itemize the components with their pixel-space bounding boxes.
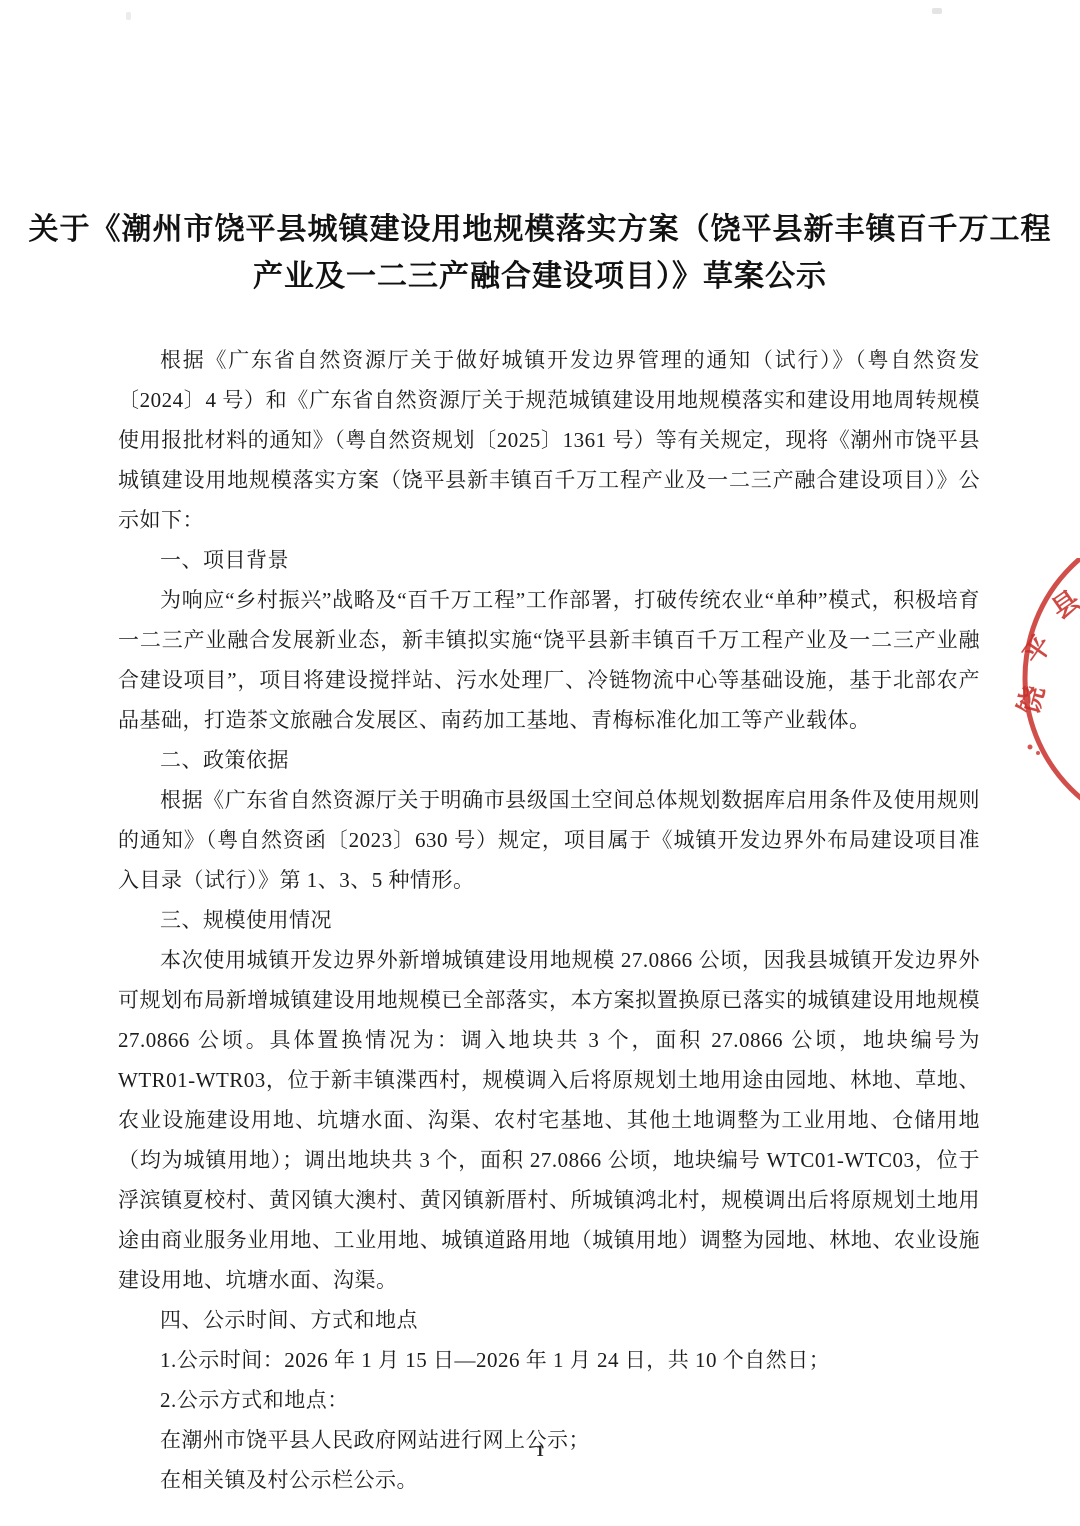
section-3-paragraph: 本次使用城镇开发边界外新增城镇建设用地规模 27.0866 公顷，因我县城镇开发… — [118, 940, 980, 1300]
seal-star-fragment — [1028, 745, 1033, 750]
scan-artifact — [932, 8, 942, 14]
section-heading-1: 一、项目背景 — [118, 540, 980, 580]
section-heading-4: 四、公示时间、方式和地点 — [118, 1300, 980, 1340]
document-title-line-2: 产业及一二三产融合建设项目）》草案公示 — [253, 260, 827, 293]
section-1-paragraph: 为响应“乡村振兴”战略及“百千万工程”工作部署，打破传统农业“单种”模式，积极培… — [118, 580, 980, 740]
section-heading-3: 三、规模使用情况 — [118, 900, 980, 940]
notice-period-line: 1.公示时间：2026 年 1 月 15 日—2026 年 1 月 24 日，共… — [118, 1340, 980, 1380]
document-title: 关于《潮州市饶平县城镇建设用地规模落实方案（饶平县新丰镇百千万工程 产业及一二三… — [0, 0, 1080, 300]
document-body: 根据《广东省自然资源厅关于做好城镇开发边界管理的通知（试行）》（粤自然资发〔20… — [118, 340, 980, 1500]
seal-char: 饶 — [1013, 682, 1050, 717]
section-2-paragraph: 根据《广东省自然资源厅关于明确市县级国土空间总体规划数据库启用条件及使用规则的通… — [118, 780, 980, 900]
seal-char: 平 — [1017, 630, 1057, 669]
seal-star-fragment — [1036, 751, 1040, 755]
notice-method-line: 2.公示方式和地点： — [118, 1380, 980, 1420]
section-heading-2: 二、政策依据 — [118, 740, 980, 780]
document-title-line-1: 关于《潮州市饶平县城镇建设用地规模落实方案（饶平县新丰镇百千万工程 — [29, 213, 1052, 246]
document-page: 关于《潮州市饶平县城镇建设用地规模落实方案（饶平县新丰镇百千万工程 产业及一二三… — [0, 0, 1080, 1526]
official-seal-stamp: 县 平 饶 — [1010, 558, 1080, 818]
intro-paragraph: 根据《广东省自然资源厅关于做好城镇开发边界管理的通知（试行）》（粤自然资发〔20… — [118, 340, 980, 540]
seal-char-partial: 县 — [1046, 585, 1080, 625]
notice-location-line-2: 在相关镇及村公示栏公示。 — [118, 1460, 980, 1500]
page-number: 1 — [0, 1443, 1080, 1461]
scan-artifact — [126, 12, 131, 20]
seal-circle — [1025, 558, 1080, 818]
